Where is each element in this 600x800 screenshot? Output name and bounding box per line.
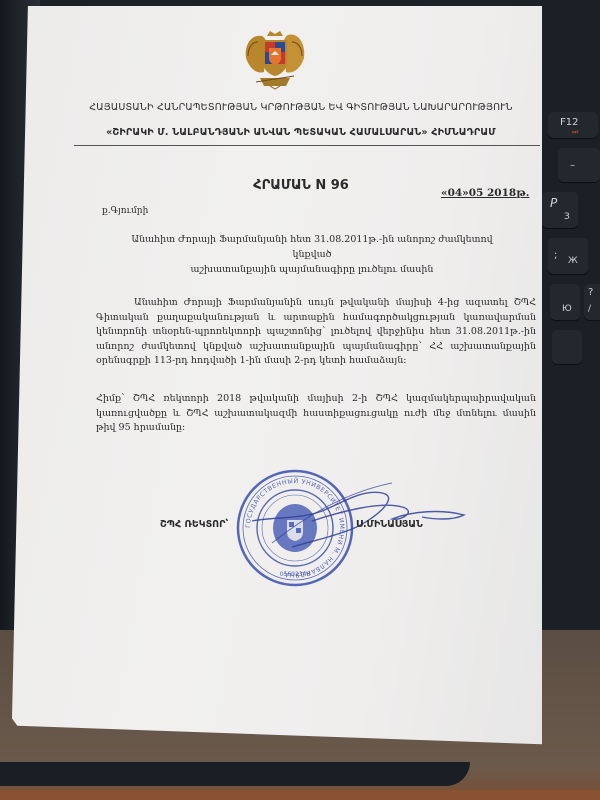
- paragraph-line: անորոշ ժամկետով կնքված աշխատանքային պայմ…: [96, 340, 536, 355]
- media-next-icon: ⏭: [572, 128, 578, 137]
- key-label: Ю: [562, 304, 572, 314]
- background-desk-edge: [0, 790, 600, 800]
- background-keyboard: F12 ⏭ – P З ; Ж ? / Ю: [540, 0, 600, 630]
- order-paragraph-1: Անահիտ Ժորայի Ֆարմանյանին սույն թվականի …: [96, 296, 536, 369]
- key-label-secondary: /: [588, 304, 591, 314]
- key-label: ;: [554, 250, 557, 261]
- order-date: «04»05 2018թ.: [441, 187, 529, 199]
- subject-line: Անահիտ Ժորայի Ֆարմանյանի հետ 31.08.2011թ…: [112, 232, 512, 262]
- key-label-secondary: Ж: [568, 256, 578, 266]
- institution-header: «ՇԻՐԱԿԻ Մ. ՆԱԼԲԱՆԴՅԱՆԻ ԱՆՎԱՆ ՊԵՏԱԿԱՆ ՀԱՄ…: [66, 127, 536, 138]
- keyboard-key-p: P З: [542, 192, 578, 228]
- subject-line: աշխատանքային պայմանագիրը լուծելու մասին: [112, 262, 512, 277]
- keyboard-key-yu: Ю: [550, 284, 580, 320]
- keyboard-key-slash: ? /: [584, 284, 600, 320]
- key-label-secondary: З: [564, 212, 570, 222]
- key-label: F12: [560, 117, 578, 128]
- paragraph-line: Գիտական քաղաքականության և արտաքին համագո…: [96, 311, 536, 326]
- key-label: –: [570, 160, 575, 171]
- keyboard-key-blank: [552, 330, 582, 364]
- signatory-name: Ս.ՄԻՆԱՍՅԱՆ: [356, 519, 423, 530]
- stamp-number: 05602348: [280, 571, 311, 578]
- order-paragraph-2: Հիմք՝ ՇՊՀ ռեկտորի 2018 թվականի մայիսի 2-…: [96, 392, 536, 436]
- key-label: P: [550, 196, 557, 210]
- paragraph-line: կառուցվածքը և ՇՊՀ աշխատակազմի հաստիքացու…: [96, 407, 536, 422]
- armenia-coat-of-arms-icon: [242, 28, 308, 90]
- header-divider: [74, 145, 540, 146]
- keyboard-key-minus: –: [558, 148, 600, 182]
- order-subject: Անահիտ Ժորայի Ֆարմանյանի հետ 31.08.2011թ…: [112, 232, 512, 277]
- paragraph-line: կենտրոնի տնօրեն-պրոռեկտորի պաշտոնից՝ լու…: [96, 325, 536, 340]
- handwritten-signature-icon: [252, 481, 467, 551]
- keyboard-key-semicolon: ; Ж: [548, 238, 588, 274]
- background-laptop-edge: [0, 762, 470, 786]
- keyboard-key-f12: F12 ⏭: [548, 112, 598, 138]
- paragraph-line: Անահիտ Ժորայի Ֆարմանյանին սույն թվականի …: [96, 296, 536, 311]
- key-label: ?: [588, 287, 593, 298]
- paragraph-line: օրենսգրքի 113-րդ հոդվածի 1-ին մասի 2-րդ …: [96, 354, 536, 369]
- paragraph-line: Հիմք՝ ՇՊՀ ռեկտորի 2018 թվականի մայիսի 2-…: [96, 392, 536, 407]
- signatory-title: ՇՊՀ ՌԵԿՏՈՐ՝: [160, 519, 228, 530]
- ministry-header: ՀԱՅԱՍՏԱՆԻ ՀԱՆՐԱՊԵՏՈՒԹՅԱՆ ԿՐԹՈՒԹՅԱՆ ԵՎ ԳԻ…: [66, 102, 536, 113]
- city-label: ք.Գյումրի: [102, 206, 148, 216]
- document-sheet: ՀԱՅԱՍՏԱՆԻ ՀԱՆՐԱՊԵՏՈՒԹՅԱՆ ԿՐԹՈՒԹՅԱՆ ԵՎ ԳԻ…: [12, 6, 542, 748]
- paragraph-line: թիվ 95 հրամանը:: [96, 421, 536, 436]
